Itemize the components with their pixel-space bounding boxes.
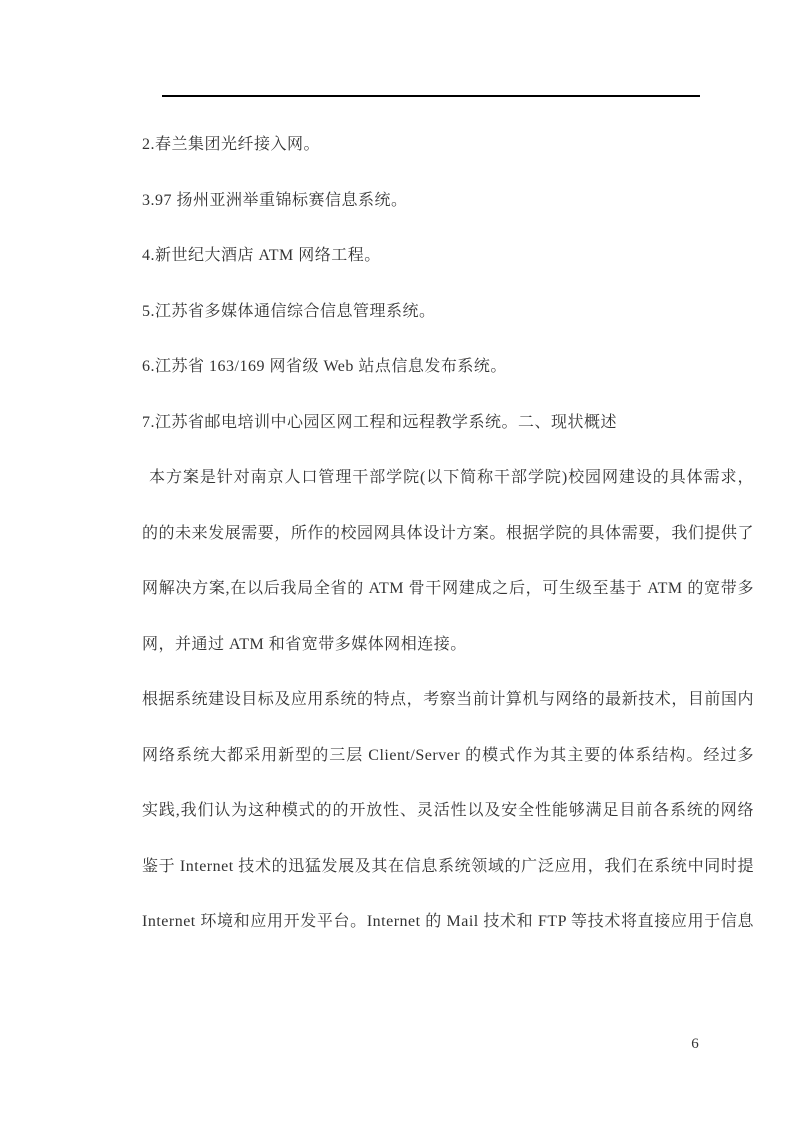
paragraph-2-line-5: Internet 环境和应用开发平台。Internet 的 Mail 技术和 F…: [142, 894, 754, 950]
paragraph-1-line-2: 的的未来发展需要，所作的校园网具体设计方案。根据学院的具体需要，我们提供了快速以…: [142, 506, 754, 562]
paragraph-2-line-3: 实践,我们认为这种模式的的开放性、灵活性以及安全性能够满足目前各系统的网络建设需…: [142, 783, 754, 839]
document-page: 2.春兰集团光纤接入网。 3.97 扬州亚洲举重锦标赛信息系统。 4.新世纪大酒…: [0, 0, 793, 1122]
list-item-5: 5.江苏省多媒体通信综合信息管理系统。: [142, 284, 754, 340]
paragraph-1-line-3: 网解决方案,在以后我局全省的 ATM 骨干网建成之后，可生级至基于 ATM 的宽…: [142, 561, 754, 617]
paragraph-2-line-1: 根据系统建设目标及应用系统的特点，考察当前计算机与网络的最新技术，目前国内新建设…: [142, 672, 754, 728]
paragraph-1-line-1: 本方案是针对南京人口管理干部学院(以下简称干部学院)校园网建设的具体需求，结合学…: [142, 450, 754, 506]
list-item-4: 4.新世纪大酒店 ATM 网络工程。: [142, 228, 754, 284]
list-item-6: 6.江苏省 163/169 网省级 Web 站点信息发布系统。: [142, 339, 754, 395]
list-item-2: 2.春兰集团光纤接入网。: [142, 117, 754, 173]
paragraph-2-line-2: 网络系统大都采用新型的三层 Client/Server 的模式作为其主要的体系结…: [142, 728, 754, 784]
paragraph-2-line-4: 鉴于 Internet 技术的迅猛发展及其在信息系统领域的广泛应用，我们在系统中…: [142, 839, 754, 895]
document-body: 2.春兰集团光纤接入网。 3.97 扬州亚洲举重锦标赛信息系统。 4.新世纪大酒…: [142, 117, 754, 950]
paragraph-1-line-4: 网，并通过 ATM 和省宽带多媒体网相连接。: [142, 617, 754, 673]
list-item-3: 3.97 扬州亚洲举重锦标赛信息系统。: [142, 173, 754, 229]
page-number: 6: [688, 1036, 702, 1053]
header-rule-line: [162, 95, 700, 97]
list-item-7-and-section-heading: 7.江苏省邮电培训中心园区网工程和远程教学系统。二、现状概述: [142, 395, 754, 451]
